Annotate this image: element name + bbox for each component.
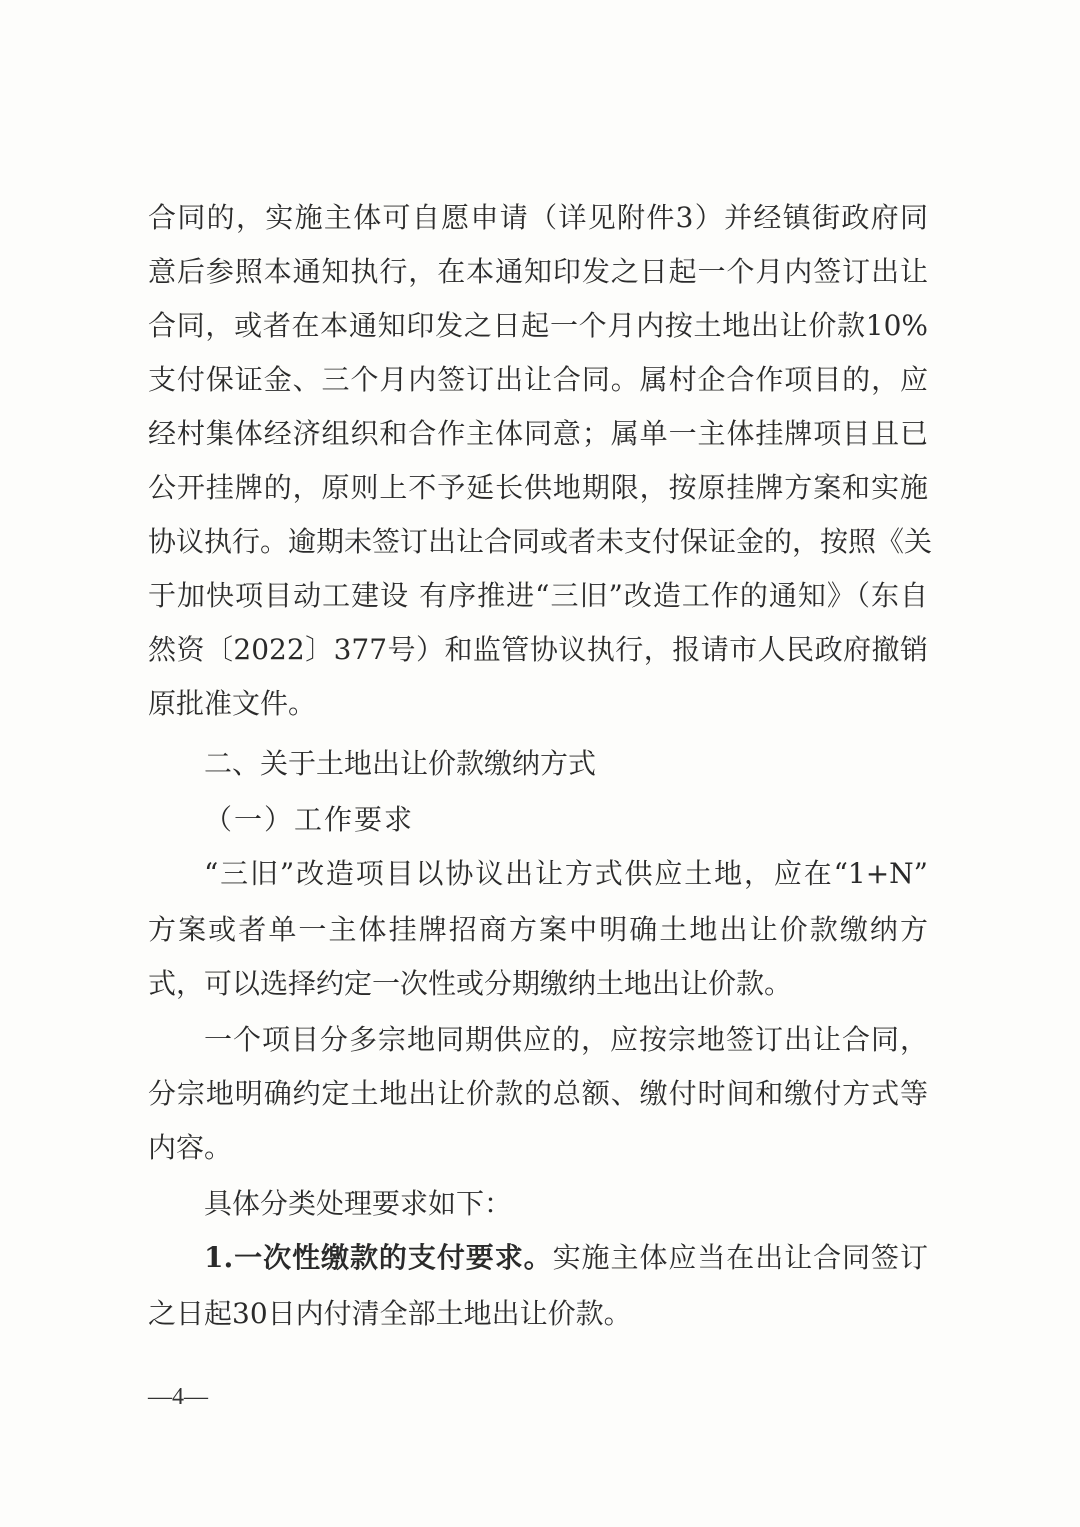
paragraph-line: 原批准文件。 <box>148 684 928 724</box>
paragraph-line: 方案或者单一主体挂牌招商方案中明确土地出让价款缴纳方 <box>148 910 928 950</box>
paragraph-line: 之日起30日内付清全部土地出让价款。 <box>148 1294 928 1334</box>
paragraph-line: 合同的，实施主体可自愿申请（详见附件3）并经镇街政府同 <box>148 198 928 238</box>
bold-lead-text: 1.一次性缴款的支付要求。 <box>204 1241 553 1274</box>
paragraph-line: 1.一次性缴款的支付要求。实施主体应当在出让合同签订 <box>204 1238 928 1278</box>
paragraph-line: 意后参照本通知执行，在本通知印发之日起一个月内签订出让 <box>148 252 928 292</box>
paragraph-line: 支付保证金、三个月内签订出让合同。属村企合作项目的，应 <box>148 360 928 400</box>
paragraph-line: 公开挂牌的，原则上不予延长供地期限，按原挂牌方案和实施 <box>148 468 928 508</box>
paragraph-line: “三旧”改造项目以协议出让方式供应土地，应在“1+N” <box>204 854 928 894</box>
paragraph-line: 然资〔2022〕377号）和监管协议执行，报请市人民政府撤销 <box>148 630 928 670</box>
paragraph-line: 具体分类处理要求如下： <box>204 1184 928 1224</box>
paragraph-line: 式，可以选择约定一次性或分期缴纳土地出让价款。 <box>148 964 928 1004</box>
paragraph-line: 分宗地明确约定土地出让价款的总额、缴付时间和缴付方式等 <box>148 1074 928 1114</box>
page-number: —4— <box>148 1382 208 1412</box>
paragraph-line: 合同，或者在本通知印发之日起一个月内按土地出让价款10% <box>148 306 928 346</box>
subsection-heading: （一）工作要求 <box>204 800 928 840</box>
paragraph-line: 经村集体经济组织和合作主体同意；属单一主体挂牌项目且已 <box>148 414 928 454</box>
paragraph-line: 一个项目分多宗地同期供应的，应按宗地签订出让合同， <box>204 1020 928 1060</box>
section-heading: 二、关于土地出让价款缴纳方式 <box>204 744 928 784</box>
paragraph-line: 协议执行。逾期未签订出让合同或者未支付保证金的，按照《关 <box>148 522 928 562</box>
paragraph-line: 于加快项目动工建设 有序推进“三旧”改造工作的通知》（东自 <box>148 576 928 616</box>
paragraph-text: 实施主体应当在出让合同签订 <box>553 1241 928 1274</box>
paragraph-line: 内容。 <box>148 1128 928 1168</box>
